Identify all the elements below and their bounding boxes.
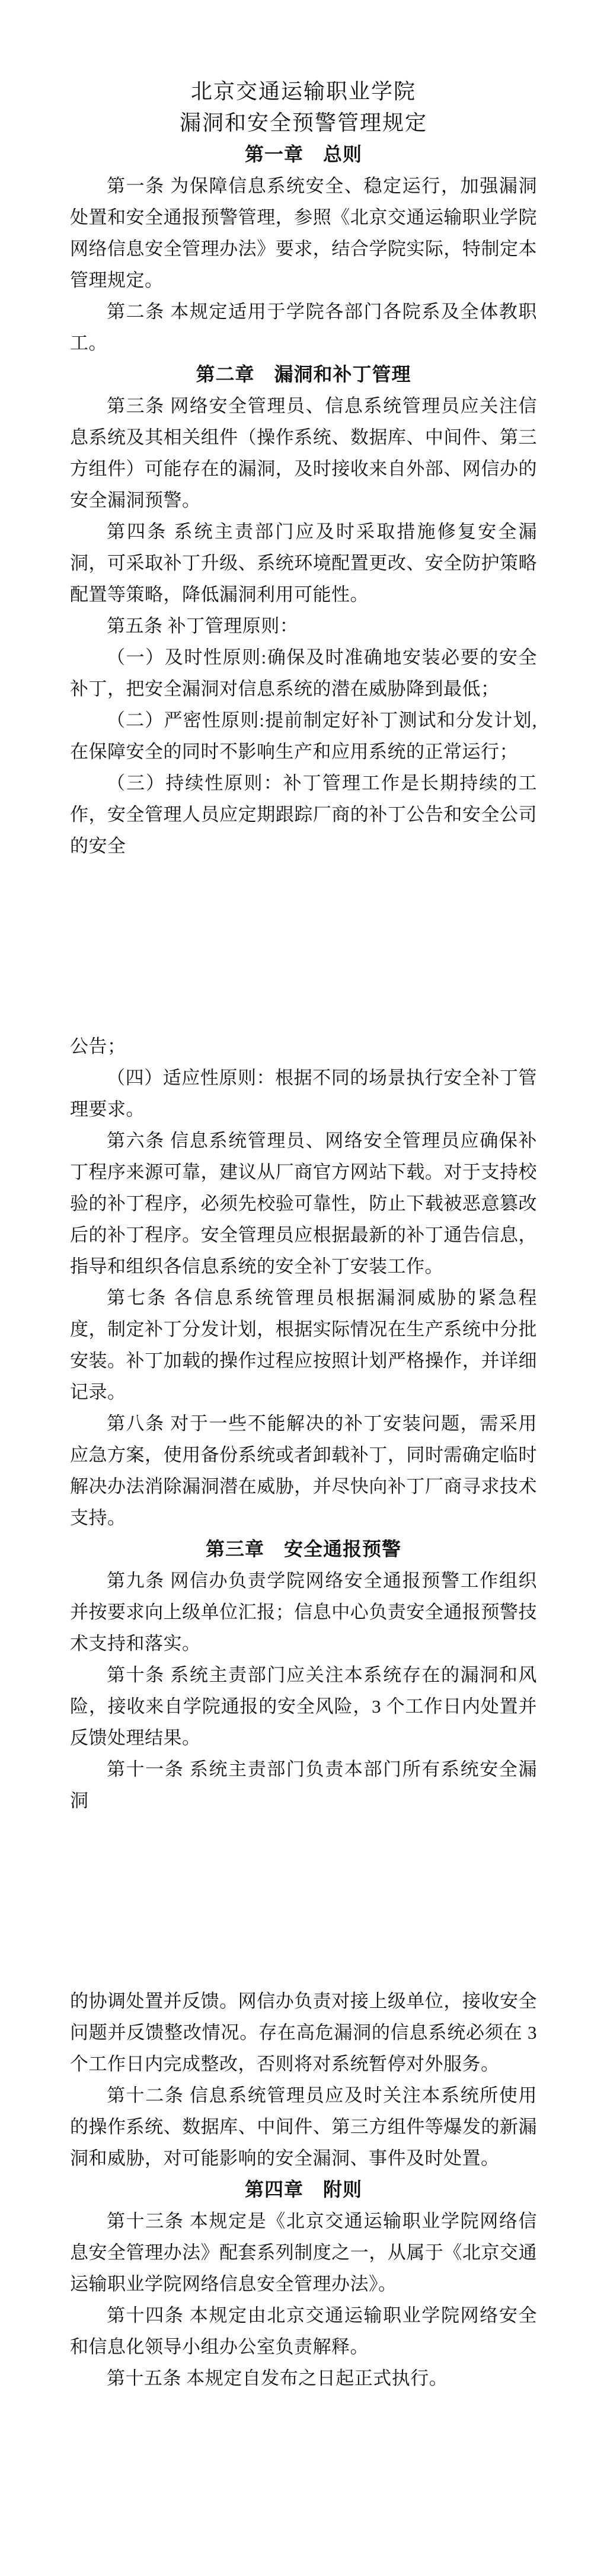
paragraph: 第十一条 系统主责部门负责本部门所有系统安全漏洞 (70, 1754, 537, 1816)
paragraph: 第一条 为保障信息系统安全、稳定运行，加强漏洞处置和安全通报预警管理，参照《北京… (70, 170, 537, 296)
chapter-heading: 第一章 总则 (70, 139, 537, 170)
document-page: 北京交通运输职业学院 漏洞和安全预警管理规定 第一章 总则第一条 为保障信息系统… (0, 0, 607, 2576)
document-body: 第一章 总则第一条 为保障信息系统安全、稳定运行，加强漏洞处置和安全通报预警管理… (70, 139, 537, 2394)
paragraph: （一）及时性原则:确保及时准确地安装必要的安全补丁，把安全漏洞对信息系统的潜在威… (70, 642, 537, 704)
paragraph: 第十条 系统主责部门应关注本系统存在的漏洞和风险，接收来自学院通报的安全风险，3… (70, 1659, 537, 1754)
paragraph: 第六条 信息系统管理员、网络安全管理员应确保补丁程序来源可靠，建议从厂商官方网站… (70, 1125, 537, 1282)
paragraph: （四）适应性原则：根据不同的场景执行安全补丁管理要求。 (70, 1062, 537, 1125)
paragraph: 第五条 补丁管理原则： (70, 610, 537, 642)
chapter-heading: 第四章 附则 (70, 2174, 537, 2205)
paragraph: 第十四条 本规定由北京交通运输职业学院网络安全和信息化领导小组办公室负责解释。 (70, 2300, 537, 2363)
paragraph: （三）持续性原则：补丁管理工作是长期持续的工作，安全管理人员应定期跟踪厂商的补丁… (70, 767, 537, 862)
paragraph-continuation: 的协调处置并反馈。网信办负责对接上级单位，接收安全问题并反馈整改情况。存在高危漏… (70, 1985, 537, 2080)
paragraph: 第二条 本规定适用于学院各部门各院系及全体教职工。 (70, 296, 537, 359)
page-gap (70, 1816, 537, 1985)
paragraph: 第九条 网信办负责学院网络安全通报预警工作组织并按要求向上级单位汇报；信息中心负… (70, 1565, 537, 1659)
chapter-heading: 第二章 漏洞和补丁管理 (70, 359, 537, 390)
doc-title: 北京交通运输职业学院 (70, 76, 537, 107)
paragraph: 第三条 网络安全管理员、信息系统管理员应关注信息系统及其相关组件（操作系统、数据… (70, 390, 537, 516)
page-gap (70, 862, 537, 1031)
paragraph-continuation: 公告； (70, 1031, 537, 1062)
chapter-heading: 第三章 安全通报预警 (70, 1534, 537, 1565)
paragraph: 第七条 各信息系统管理员根据漏洞威胁的紧急程度，制定补丁分发计划，根据实际情况在… (70, 1282, 537, 1408)
paragraph: 第四条 系统主责部门应及时采取措施修复安全漏洞，可采取补丁升级、系统环境配置更改… (70, 516, 537, 610)
paragraph: 第八条 对于一些不能解决的补丁安装问题，需采用应急方案，使用备份系统或者卸载补丁… (70, 1408, 537, 1534)
paragraph: 第十五条 本规定自发布之日起正式执行。 (70, 2363, 537, 2394)
paragraph: （二）严密性原则:提前制定好补丁测试和分发计划,在保障安全的同时不影响生产和应用… (70, 704, 537, 767)
paragraph: 第十二条 信息系统管理员应及时关注本系统所使用的操作系统、数据库、中间件、第三方… (70, 2080, 537, 2174)
paragraph: 第十三条 本规定是《北京交通运输职业学院网络信息安全管理办法》配套系列制度之一，… (70, 2205, 537, 2300)
doc-subtitle: 漏洞和安全预警管理规定 (70, 107, 537, 139)
